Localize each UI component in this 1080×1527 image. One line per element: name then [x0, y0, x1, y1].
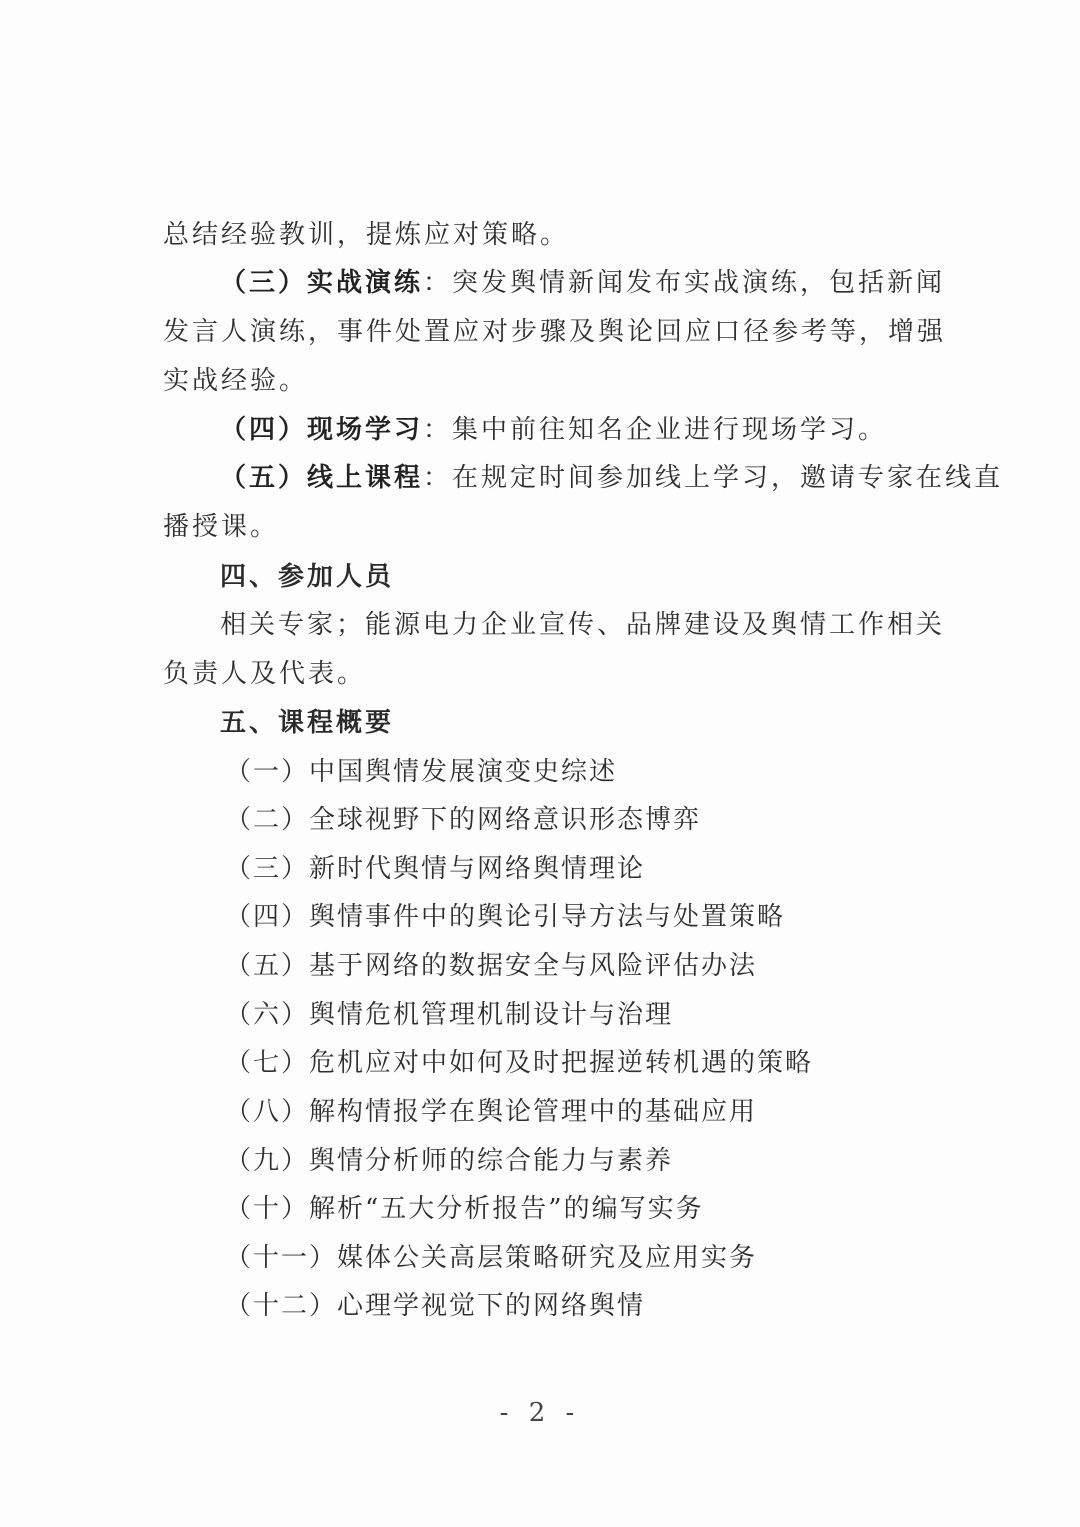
course-item: （四）舆情事件中的舆论引导方法与处置策略: [225, 902, 785, 932]
course-item: （八）解构情报学在舆论管理中的基础应用: [225, 1097, 757, 1127]
method-label: （五）线上课程: [220, 463, 423, 493]
method-item-online: （五）线上课程：在规定时间参加线上学习，邀请专家在线直: [220, 463, 910, 493]
method-text: 集中前往知名企业进行现场学习。: [452, 415, 887, 445]
participants-text-line: 相关专家；能源电力企业宣传、品牌建设及舆情工作相关: [220, 610, 910, 640]
method-separator: ：: [423, 268, 452, 298]
method-item-practice: （三）实战演练：突发舆情新闻发布实战演练，包括新闻: [220, 268, 910, 298]
course-item: （二）全球视野下的网络意识形态博弈: [225, 805, 701, 835]
course-item: （七）危机应对中如何及时把握逆转机遇的策略: [225, 1048, 813, 1078]
document-page: 总结经验教训，提炼应对策略。 （三）实战演练：突发舆情新闻发布实战演练，包括新闻…: [0, 0, 1080, 1527]
course-item: （一）中国舆情发展演变史综述: [225, 757, 617, 787]
course-item: （三）新时代舆情与网络舆情理论: [225, 854, 645, 884]
section-heading-course-outline: 五、课程概要: [220, 708, 394, 738]
page-number: - 2 -: [0, 1398, 1080, 1428]
method-text-line: 发言人演练，事件处置应对步骤及舆论回应口径参考等，增强: [163, 317, 909, 347]
paragraph-continuation: 总结经验教训，提炼应对策略。: [163, 220, 569, 250]
method-label: （四）现场学习: [220, 415, 423, 445]
participants-text-line: 负责人及代表。: [163, 659, 366, 689]
course-item: （五）基于网络的数据安全与风险评估办法: [225, 951, 757, 981]
section-heading-participants: 四、参加人员: [220, 562, 394, 592]
method-text-line: 实战经验。: [163, 366, 308, 396]
course-item: （十）解析“五大分析报告”的编写实务: [225, 1194, 704, 1224]
course-item: （十二）心理学视觉下的网络舆情: [225, 1291, 645, 1321]
method-text-line: 播授课。: [163, 512, 279, 542]
method-text: 在规定时间参加线上学习，邀请专家在线直: [452, 463, 1003, 493]
course-item: （九）舆情分析师的综合能力与素养: [225, 1146, 673, 1176]
method-item-onsite: （四）现场学习：集中前往知名企业进行现场学习。: [220, 415, 887, 445]
method-separator: ：: [423, 463, 452, 493]
method-label: （三）实战演练: [220, 268, 423, 298]
course-item: （六）舆情危机管理机制设计与治理: [225, 1000, 673, 1030]
course-item: （十一）媒体公关高层策略研究及应用实务: [225, 1243, 757, 1273]
method-text: 突发舆情新闻发布实战演练，包括新闻: [452, 268, 945, 298]
method-separator: ：: [423, 415, 452, 445]
